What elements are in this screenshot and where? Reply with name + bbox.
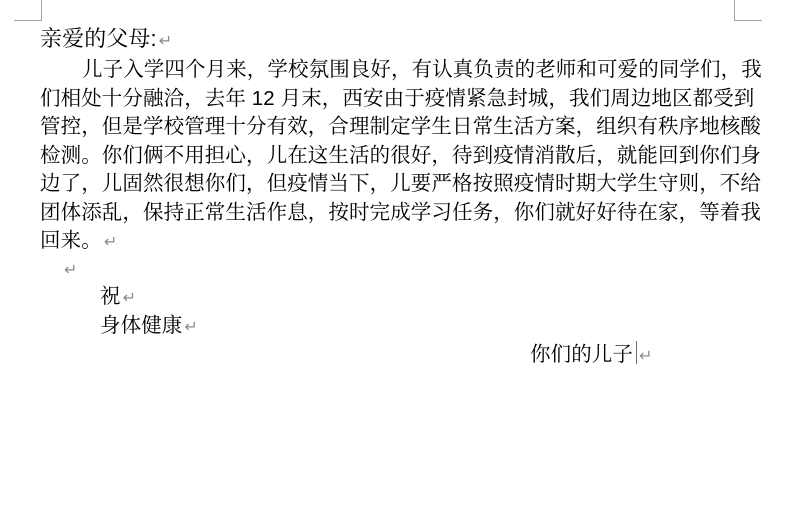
letter-salutation: 亲爱的父母: bbox=[40, 26, 157, 51]
body-paragraph-line[interactable]: 边了，儿固然很想你们，但疫情当下，儿要严格按照疫情时期大学生守则，不给 bbox=[40, 170, 735, 199]
body-text: 回来。 bbox=[40, 229, 102, 252]
paragraph-mark-icon: ↵ bbox=[102, 234, 118, 251]
body-text: 们相处十分融洽，去年 12 月末，西安由于疫情紧急封城，我们周边地区都受到 bbox=[40, 87, 754, 110]
signature-text: 你们的儿子 bbox=[530, 343, 633, 366]
letter-salutation-line[interactable]: 亲爱的父母:↵ bbox=[40, 22, 735, 56]
wish-phrase-text: 身体健康 bbox=[100, 314, 182, 337]
text-boundary-mark-top-left bbox=[14, 0, 42, 21]
empty-paragraph-line[interactable]: ↵ bbox=[40, 256, 735, 282]
document-text-area[interactable]: 亲爱的父母:↵ 儿子入学四个月来，学校氛围良好，有认真负责的老师和可爱的同学们，… bbox=[40, 22, 735, 369]
body-paragraph-line[interactable]: 检测。你们俩不用担心，儿在这生活的很好，待到疫情消散后，就能回到你们身 bbox=[40, 142, 735, 171]
body-text: 团体添乱，保持正常生活作息，按时完成学习任务，你们就好好待在家，等着我 bbox=[40, 201, 761, 224]
body-paragraph-line[interactable]: 团体添乱，保持正常生活作息，按时完成学习任务，你们就好好待在家，等着我 bbox=[40, 199, 735, 228]
body-text: 管控，但是学校管理十分有效，合理制定学生日常生活方案，组织有秩序地核酸 bbox=[40, 115, 761, 138]
body-paragraph-line[interactable]: 管控，但是学校管理十分有效，合理制定学生日常生活方案，组织有秩序地核酸 bbox=[40, 113, 735, 142]
text-boundary-mark-top-right bbox=[734, 0, 762, 21]
document-page[interactable]: 亲爱的父母:↵ 儿子入学四个月来，学校氛围良好，有认真负责的老师和可爱的同学们，… bbox=[0, 0, 789, 518]
wish-line[interactable]: 祝↵ bbox=[40, 282, 735, 311]
wish-text: 祝 bbox=[100, 285, 121, 308]
body-text: 检测。你们俩不用担心，儿在这生活的很好，待到疫情消散后，就能回到你们身 bbox=[40, 144, 761, 167]
paragraph-mark-icon: ↵ bbox=[157, 33, 173, 50]
paragraph-mark-icon: ↵ bbox=[121, 290, 137, 307]
body-text: 儿子入学四个月来，学校氛围良好，有认真负责的老师和可爱的同学们，我 bbox=[82, 58, 762, 81]
paragraph-mark-icon: ↵ bbox=[182, 319, 198, 336]
signature-line[interactable]: 你们的儿子↵ bbox=[40, 340, 735, 369]
body-paragraph-line[interactable]: 们相处十分融洽，去年 12 月末，西安由于疫情紧急封城，我们周边地区都受到 bbox=[40, 85, 735, 114]
body-paragraph-line[interactable]: 儿子入学四个月来，学校氛围良好，有认真负责的老师和可爱的同学们，我 bbox=[40, 56, 735, 85]
wish-phrase-line[interactable]: 身体健康↵ bbox=[40, 311, 735, 340]
body-text: 边了，儿固然很想你们，但疫情当下，儿要严格按照疫情时期大学生守则，不给 bbox=[40, 172, 761, 195]
body-paragraph-line[interactable]: 回来。↵ bbox=[40, 227, 735, 256]
paragraph-mark-icon: ↵ bbox=[62, 262, 78, 279]
paragraph-mark-icon: ↵ bbox=[637, 348, 653, 365]
